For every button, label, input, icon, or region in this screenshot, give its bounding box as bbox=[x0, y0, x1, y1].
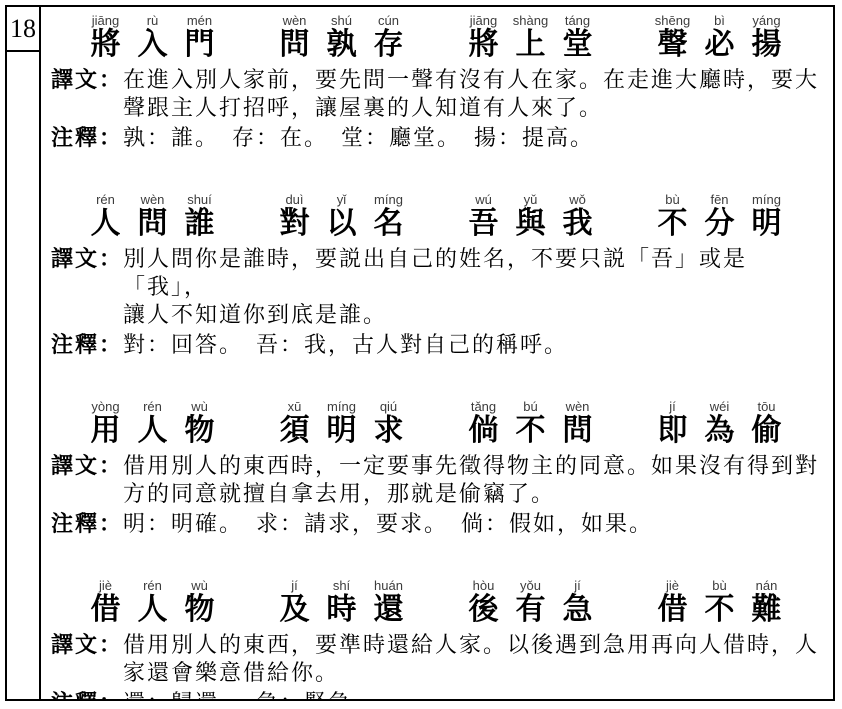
verse-char: 人 bbox=[138, 414, 168, 447]
verse-char-unit: jí急 bbox=[554, 578, 601, 626]
verse-char-unit: yǒu有 bbox=[507, 578, 554, 626]
annotation-row: 注釋： 還：歸還。 急：緊急。 bbox=[51, 689, 821, 699]
verse-phrase: jiè借rén人wù物 bbox=[82, 578, 223, 626]
verse-char-unit: wǒ我 bbox=[554, 192, 601, 240]
verse-char: 聲 bbox=[658, 28, 688, 61]
lesson-section-4: jiè借rén人wù物jí及shí時huán還hòu後yǒu有jí急jiè借bù… bbox=[51, 578, 821, 699]
verse-char-unit: cún存 bbox=[365, 13, 412, 61]
verse-char: 將 bbox=[91, 28, 121, 61]
verse-char-unit: hòu後 bbox=[460, 578, 507, 626]
verse-char: 物 bbox=[185, 414, 215, 447]
pinyin-text: yǐ bbox=[337, 192, 346, 207]
pinyin-text: qiú bbox=[380, 399, 397, 414]
verse-phrase: wú吾yǔ與wǒ我 bbox=[460, 192, 601, 240]
verse-char-unit: táng堂 bbox=[554, 13, 601, 61]
pinyin-text: bì bbox=[714, 13, 725, 28]
verse-char-unit: jí及 bbox=[271, 578, 318, 626]
pinyin-text: wéi bbox=[710, 399, 730, 414]
verse-char-unit: wù物 bbox=[176, 399, 223, 447]
verse-char-unit: jiè借 bbox=[82, 578, 129, 626]
pinyin-text: huán bbox=[374, 578, 403, 593]
verse-char: 須 bbox=[280, 414, 310, 447]
verse-char-unit: duì對 bbox=[271, 192, 318, 240]
verse-char-unit: wèn問 bbox=[554, 399, 601, 447]
pinyin-text: bù bbox=[712, 578, 726, 593]
verse-char: 人 bbox=[91, 207, 121, 240]
verse-char: 入 bbox=[138, 28, 168, 61]
annotation-row: 注釋： 明：明確。 求：請求，要求。 倘：假如，如果。 bbox=[51, 510, 821, 538]
verse-char: 時 bbox=[327, 593, 357, 626]
verse-char: 問 bbox=[138, 207, 168, 240]
verse-phrase: shēng聲bì必yáng揚 bbox=[649, 13, 790, 61]
pinyin-text: nán bbox=[756, 578, 778, 593]
pinyin-text: jiāng bbox=[470, 13, 497, 28]
verse-char: 明 bbox=[752, 207, 782, 240]
verse-char: 門 bbox=[185, 28, 215, 61]
translation-line: 家還會樂意借給你。 bbox=[123, 659, 821, 687]
verse-char-unit: wù物 bbox=[176, 578, 223, 626]
pinyin-text: shēng bbox=[655, 13, 690, 28]
lesson-content: jiāng將rù入mén門wèn問shú孰cún存jiāng將shàng上tán… bbox=[41, 7, 833, 699]
verse-char: 有 bbox=[516, 593, 546, 626]
pinyin-text: tǎng bbox=[471, 399, 496, 414]
textbook-page: 18 jiāng將rù入mén門wèn問shú孰cún存jiāng將shàng上… bbox=[0, 0, 842, 709]
verse-char: 人 bbox=[138, 593, 168, 626]
verse-char-unit: jiè借 bbox=[649, 578, 696, 626]
pinyin-text: shí bbox=[333, 578, 350, 593]
pinyin-text: wèn bbox=[283, 13, 307, 28]
verse-char-unit: bì必 bbox=[696, 13, 743, 61]
verse-char-unit: wèn問 bbox=[129, 192, 176, 240]
pinyin-text: wèn bbox=[141, 192, 165, 207]
verse-phrase: xū須míng明qiú求 bbox=[271, 399, 412, 447]
verse-char: 為 bbox=[705, 414, 735, 447]
verse-char-unit: jí即 bbox=[649, 399, 696, 447]
translation-row: 譯文： 借用別人的東西時，一定要事先徵得物主的同意。如果沒有得到對 方的同意就擅… bbox=[51, 452, 821, 508]
pinyin-text: rén bbox=[143, 578, 162, 593]
verse-char: 揚 bbox=[752, 28, 782, 61]
verse-char: 明 bbox=[327, 414, 357, 447]
verse-phrase: wèn問shú孰cún存 bbox=[271, 13, 412, 61]
verse-char-unit: jiāng將 bbox=[460, 13, 507, 61]
pinyin-text: jiè bbox=[99, 578, 112, 593]
page-number: 18 bbox=[10, 14, 36, 44]
verse-char-unit: bú不 bbox=[507, 399, 554, 447]
verse-char-unit: qiú求 bbox=[365, 399, 412, 447]
verse-phrase: tǎng倘bú不wèn問 bbox=[460, 399, 601, 447]
verse-phrase: jí及shí時huán還 bbox=[271, 578, 412, 626]
pinyin-text: jí bbox=[291, 578, 298, 593]
pinyin-text: wù bbox=[191, 578, 208, 593]
verse-phrase: bù不fēn分míng明 bbox=[649, 192, 790, 240]
verse-line: yòng用rén人wù物xū須míng明qiú求tǎng倘bú不wèn問jí即w… bbox=[51, 399, 821, 447]
verse-char-unit: xū須 bbox=[271, 399, 318, 447]
page-frame: 18 jiāng將rù入mén門wèn問shú孰cún存jiāng將shàng上… bbox=[5, 5, 835, 701]
verse-char: 難 bbox=[752, 593, 782, 626]
verse-char-unit: shuí誰 bbox=[176, 192, 223, 240]
translation-row: 譯文： 借用別人的東西，要準時還給人家。以後遇到急用再向人借時，人 家還會樂意借… bbox=[51, 631, 821, 687]
verse-char-unit: míng明 bbox=[743, 192, 790, 240]
verse-char: 急 bbox=[563, 593, 593, 626]
verse-char: 分 bbox=[705, 207, 735, 240]
verse-char: 及 bbox=[280, 593, 310, 626]
verse-char-unit: yǔ與 bbox=[507, 192, 554, 240]
pinyin-text: tōu bbox=[757, 399, 775, 414]
verse-phrase: jiè借bù不nán難 bbox=[649, 578, 790, 626]
pinyin-text: wèn bbox=[566, 399, 590, 414]
verse-char-unit: mén門 bbox=[176, 13, 223, 61]
pinyin-text: cún bbox=[378, 13, 399, 28]
annotation-row: 注釋： 孰：誰。 存：在。 堂：廳堂。 揚：提高。 bbox=[51, 124, 821, 152]
pinyin-text: bù bbox=[665, 192, 679, 207]
verse-char-unit: míng名 bbox=[365, 192, 412, 240]
translation-line: 借用別人的東西，要準時還給人家。以後遇到急用再向人借時，人 bbox=[123, 631, 821, 659]
verse-char: 不 bbox=[705, 593, 735, 626]
verse-line: rén人wèn問shuí誰duì對yǐ以míng名wú吾yǔ與wǒ我bù不fēn… bbox=[51, 192, 821, 240]
verse-char: 與 bbox=[516, 207, 546, 240]
verse-char: 以 bbox=[327, 207, 357, 240]
verse-char: 用 bbox=[91, 414, 121, 447]
pinyin-text: shú bbox=[331, 13, 352, 28]
verse-char-unit: tōu偷 bbox=[743, 399, 790, 447]
pinyin-text: yǒu bbox=[520, 578, 541, 593]
annotation-label: 注釋： bbox=[51, 510, 123, 538]
lesson-section-2: rén人wèn問shuí誰duì對yǐ以míng名wú吾yǔ與wǒ我bù不fēn… bbox=[51, 192, 821, 359]
translation-line: 聲跟主人打招呼，讓屋裏的人知道有人來了。 bbox=[123, 94, 821, 122]
verse-char: 倘 bbox=[469, 414, 499, 447]
verse-char-unit: rén人 bbox=[129, 578, 176, 626]
annotation-text: 明：明確。 求：請求，要求。 倘：假如，如果。 bbox=[123, 510, 821, 538]
verse-char: 物 bbox=[185, 593, 215, 626]
translation-row: 譯文： 別人問你是誰時，要説出自己的姓名，不要只説「吾」或是「我」， 讓人不知道… bbox=[51, 245, 821, 329]
pinyin-text: táng bbox=[565, 13, 590, 28]
pinyin-text: yòng bbox=[91, 399, 119, 414]
pinyin-text: míng bbox=[374, 192, 403, 207]
verse-char: 後 bbox=[469, 593, 499, 626]
verse-char: 偷 bbox=[752, 414, 782, 447]
pinyin-text: jí bbox=[669, 399, 676, 414]
pinyin-text: hòu bbox=[473, 578, 495, 593]
lesson-section-3: yòng用rén人wù物xū須míng明qiú求tǎng倘bú不wèn問jí即w… bbox=[51, 399, 821, 538]
verse-phrase: yòng用rén人wù物 bbox=[82, 399, 223, 447]
verse-char: 不 bbox=[516, 414, 546, 447]
verse-char-unit: yáng揚 bbox=[743, 13, 790, 61]
pinyin-text: xū bbox=[288, 399, 302, 414]
verse-char: 問 bbox=[563, 414, 593, 447]
verse-char: 我 bbox=[563, 207, 593, 240]
verse-phrase: jí即wéi為tōu偷 bbox=[649, 399, 790, 447]
verse-char-unit: wèn問 bbox=[271, 13, 318, 61]
annotation-row: 注釋： 對：回答。 吾：我，古人對自己的稱呼。 bbox=[51, 331, 821, 359]
verse-char-unit: rén人 bbox=[129, 399, 176, 447]
verse-char-unit: wéi為 bbox=[696, 399, 743, 447]
verse-char: 必 bbox=[705, 28, 735, 61]
verse-char-unit: fēn分 bbox=[696, 192, 743, 240]
verse-char: 對 bbox=[280, 207, 310, 240]
verse-char: 求 bbox=[374, 414, 404, 447]
verse-char: 將 bbox=[469, 28, 499, 61]
verse-char: 誰 bbox=[185, 207, 215, 240]
verse-char-unit: bù不 bbox=[696, 578, 743, 626]
verse-char: 借 bbox=[91, 593, 121, 626]
verse-char-unit: shēng聲 bbox=[649, 13, 696, 61]
pinyin-text: wù bbox=[191, 399, 208, 414]
translation-line: 在進入別人家前，要先問一聲有沒有人在家。在走進大廳時，要大 bbox=[123, 66, 821, 94]
verse-char: 借 bbox=[658, 593, 688, 626]
pinyin-text: shuí bbox=[187, 192, 212, 207]
verse-line: jiè借rén人wù物jí及shí時huán還hòu後yǒu有jí急jiè借bù… bbox=[51, 578, 821, 626]
verse-char: 不 bbox=[658, 207, 688, 240]
verse-phrase: hòu後yǒu有jí急 bbox=[460, 578, 601, 626]
page-number-cell: 18 bbox=[7, 7, 39, 52]
translation-line: 讓人不知道你到底是誰。 bbox=[123, 301, 821, 329]
lesson-section-1: jiāng將rù入mén門wèn問shú孰cún存jiāng將shàng上tán… bbox=[51, 13, 821, 152]
pinyin-text: rù bbox=[147, 13, 159, 28]
verse-char: 堂 bbox=[563, 28, 593, 61]
translation-label: 譯文： bbox=[51, 631, 123, 659]
pinyin-text: jiè bbox=[666, 578, 679, 593]
verse-phrase: duì對yǐ以míng名 bbox=[271, 192, 412, 240]
translation-line: 方的同意就擅自拿去用，那就是偷竊了。 bbox=[123, 480, 821, 508]
verse-char: 存 bbox=[374, 28, 404, 61]
verse-char: 問 bbox=[280, 28, 310, 61]
translation-label: 譯文： bbox=[51, 245, 123, 273]
verse-char: 還 bbox=[374, 593, 404, 626]
verse-char-unit: jiāng將 bbox=[82, 13, 129, 61]
translation-label: 譯文： bbox=[51, 452, 123, 480]
pinyin-text: yǔ bbox=[524, 192, 538, 207]
verse-char-unit: shú孰 bbox=[318, 13, 365, 61]
pinyin-text: yáng bbox=[752, 13, 780, 28]
verse-phrase: jiāng將rù入mén門 bbox=[82, 13, 223, 61]
verse-char: 上 bbox=[516, 28, 546, 61]
verse-char-unit: bù不 bbox=[649, 192, 696, 240]
page-number-column: 18 bbox=[7, 7, 41, 699]
verse-phrase: rén人wèn問shuí誰 bbox=[82, 192, 223, 240]
translation-line: 別人問你是誰時，要説出自己的姓名，不要只説「吾」或是「我」， bbox=[123, 245, 821, 301]
translation-row: 譯文： 在進入別人家前，要先問一聲有沒有人在家。在走進大廳時，要大 聲跟主人打招… bbox=[51, 66, 821, 122]
annotation-label: 注釋： bbox=[51, 124, 123, 152]
annotation-text: 對：回答。 吾：我，古人對自己的稱呼。 bbox=[123, 331, 821, 359]
pinyin-text: duì bbox=[285, 192, 303, 207]
translation-text: 在進入別人家前，要先問一聲有沒有人在家。在走進大廳時，要大 聲跟主人打招呼，讓屋… bbox=[123, 66, 821, 122]
pinyin-text: fēn bbox=[710, 192, 728, 207]
verse-char-unit: rù入 bbox=[129, 13, 176, 61]
verse-char: 吾 bbox=[469, 207, 499, 240]
verse-char-unit: rén人 bbox=[82, 192, 129, 240]
annotation-text: 孰：誰。 存：在。 堂：廳堂。 揚：提高。 bbox=[123, 124, 821, 152]
verse-char-unit: shàng上 bbox=[507, 13, 554, 61]
verse-char-unit: míng明 bbox=[318, 399, 365, 447]
verse-char-unit: yǐ以 bbox=[318, 192, 365, 240]
pinyin-text: bú bbox=[523, 399, 537, 414]
translation-label: 譯文： bbox=[51, 66, 123, 94]
pinyin-text: wǒ bbox=[569, 192, 586, 207]
verse-char-unit: tǎng倘 bbox=[460, 399, 507, 447]
verse-char-unit: wú吾 bbox=[460, 192, 507, 240]
verse-line: jiāng將rù入mén門wèn問shú孰cún存jiāng將shàng上tán… bbox=[51, 13, 821, 61]
verse-char: 孰 bbox=[327, 28, 357, 61]
translation-line: 借用別人的東西時，一定要事先徵得物主的同意。如果沒有得到對 bbox=[123, 452, 821, 480]
verse-char: 即 bbox=[658, 414, 688, 447]
translation-text: 借用別人的東西，要準時還給人家。以後遇到急用再向人借時，人 家還會樂意借給你。 bbox=[123, 631, 821, 687]
translation-text: 別人問你是誰時，要説出自己的姓名，不要只説「吾」或是「我」， 讓人不知道你到底是… bbox=[123, 245, 821, 329]
pinyin-text: rén bbox=[143, 399, 162, 414]
pinyin-text: shàng bbox=[513, 13, 548, 28]
verse-char-unit: nán難 bbox=[743, 578, 790, 626]
verse-char-unit: shí時 bbox=[318, 578, 365, 626]
annotation-label: 注釋： bbox=[51, 689, 123, 699]
pinyin-text: mén bbox=[187, 13, 212, 28]
pinyin-text: rén bbox=[96, 192, 115, 207]
translation-text: 借用別人的東西時，一定要事先徵得物主的同意。如果沒有得到對 方的同意就擅自拿去用… bbox=[123, 452, 821, 508]
pinyin-text: wú bbox=[475, 192, 492, 207]
annotation-label: 注釋： bbox=[51, 331, 123, 359]
pinyin-text: míng bbox=[327, 399, 356, 414]
verse-char-unit: huán還 bbox=[365, 578, 412, 626]
pinyin-text: jí bbox=[574, 578, 581, 593]
verse-char-unit: yòng用 bbox=[82, 399, 129, 447]
verse-phrase: jiāng將shàng上táng堂 bbox=[460, 13, 601, 61]
verse-char: 名 bbox=[374, 207, 404, 240]
pinyin-text: jiāng bbox=[92, 13, 119, 28]
annotation-text: 還：歸還。 急：緊急。 bbox=[123, 689, 821, 699]
pinyin-text: míng bbox=[752, 192, 781, 207]
